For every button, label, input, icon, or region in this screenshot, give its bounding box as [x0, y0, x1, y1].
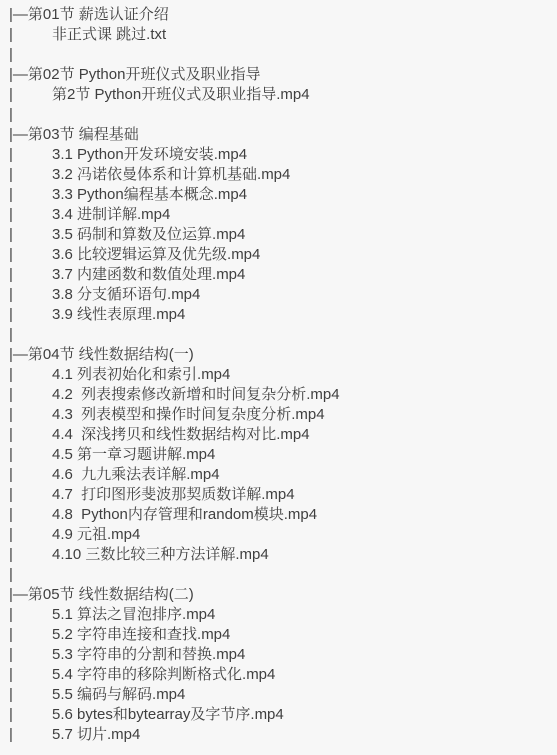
tree-section-line: |—第04节 线性数据结构(一) — [9, 345, 557, 365]
tree-file-line: |5.6 bytes和bytearray及字节序.mp4 — [9, 705, 557, 725]
file-name: 3.3 Python编程基本概念.mp4 — [52, 186, 247, 203]
vertical-bar-icon: | — [9, 165, 52, 185]
vertical-bar-icon: | — [9, 685, 52, 705]
file-name: 5.4 字符串的移除判断格式化.mp4 — [52, 666, 275, 683]
vertical-bar-icon: | — [9, 285, 52, 305]
tree-file-line: |4.7 打印图形斐波那契质数详解.mp4 — [9, 485, 557, 505]
vertical-bar-icon: | — [9, 185, 52, 205]
section-title: 第01节 薪选认证介绍 — [28, 6, 169, 23]
tree-file-line: |3.2 冯诺依曼体系和计算机基础.mp4 — [9, 165, 557, 185]
vertical-bar-icon: | — [9, 505, 52, 525]
tree-file-line: |5.2 字符串连接和查找.mp4 — [9, 625, 557, 645]
file-name: 3.9 线性表原理.mp4 — [52, 306, 185, 323]
file-name: 4.5 第一章习题讲解.mp4 — [52, 446, 215, 463]
vertical-bar-icon: | — [9, 245, 52, 265]
tree-file-line: |3.6 比较逻辑运算及优先级.mp4 — [9, 245, 557, 265]
vertical-bar-icon: | — [9, 105, 52, 125]
vertical-bar-icon: | — [9, 365, 52, 385]
file-name: 4.7 打印图形斐波那契质数详解.mp4 — [52, 486, 295, 503]
tree-file-line: |5.4 字符串的移除判断格式化.mp4 — [9, 665, 557, 685]
section-title: 第04节 线性数据结构(一) — [28, 346, 194, 363]
file-name: 5.5 编码与解码.mp4 — [52, 686, 185, 703]
tree-file-line: |4.1 列表初始化和索引.mp4 — [9, 365, 557, 385]
branch-icon: |— — [9, 125, 28, 145]
section-title: 第02节 Python开班仪式及职业指导 — [28, 66, 261, 83]
vertical-bar-icon: | — [9, 705, 52, 725]
file-name: 3.6 比较逻辑运算及优先级.mp4 — [52, 246, 260, 263]
file-name: 5.7 切片.mp4 — [52, 726, 140, 743]
tree-spacer-line: | — [9, 565, 557, 585]
tree-spacer-line: | — [9, 325, 557, 345]
vertical-bar-icon: | — [9, 465, 52, 485]
file-name: 4.10 三数比较三种方法详解.mp4 — [52, 546, 269, 563]
section-title: 第05节 线性数据结构(二) — [28, 586, 194, 603]
vertical-bar-icon: | — [9, 45, 52, 65]
tree-file-line: |3.9 线性表原理.mp4 — [9, 305, 557, 325]
vertical-bar-icon: | — [9, 625, 52, 645]
file-name: 4.8 Python内存管理和random模块.mp4 — [52, 506, 317, 523]
file-name: 4.4 深浅拷贝和线性数据结构对比.mp4 — [52, 426, 310, 443]
vertical-bar-icon: | — [9, 225, 52, 245]
tree-section-line: |—第03节 编程基础 — [9, 125, 557, 145]
branch-icon: |— — [9, 5, 28, 25]
vertical-bar-icon: | — [9, 485, 52, 505]
tree-spacer-line: | — [9, 105, 557, 125]
file-name: 3.5 码制和算数及位运算.mp4 — [52, 226, 245, 243]
vertical-bar-icon: | — [9, 25, 52, 45]
tree-file-line: |4.2 列表搜索修改新增和时间复杂分析.mp4 — [9, 385, 557, 405]
vertical-bar-icon: | — [9, 205, 52, 225]
file-name: 3.8 分支循环语句.mp4 — [52, 286, 200, 303]
file-name: 4.2 列表搜索修改新增和时间复杂分析.mp4 — [52, 386, 340, 403]
file-name: 4.6 九九乘法表详解.mp4 — [52, 466, 220, 483]
branch-icon: |— — [9, 585, 28, 605]
file-name: 5.3 字符串的分割和替换.mp4 — [52, 646, 245, 663]
vertical-bar-icon: | — [9, 445, 52, 465]
tree-file-line: |3.8 分支循环语句.mp4 — [9, 285, 557, 305]
tree-file-line: |3.7 内建函数和数值处理.mp4 — [9, 265, 557, 285]
tree-section-line: |—第02节 Python开班仪式及职业指导 — [9, 65, 557, 85]
tree-file-line: |5.7 切片.mp4 — [9, 725, 557, 745]
tree-file-line: |3.5 码制和算数及位运算.mp4 — [9, 225, 557, 245]
file-name: 3.1 Python开发环境安装.mp4 — [52, 146, 247, 163]
vertical-bar-icon: | — [9, 645, 52, 665]
tree-section-line: |—第05节 线性数据结构(二) — [9, 585, 557, 605]
branch-icon: |— — [9, 65, 28, 85]
tree-spacer-line: | — [9, 45, 557, 65]
vertical-bar-icon: | — [9, 425, 52, 445]
vertical-bar-icon: | — [9, 85, 52, 105]
tree-file-line: |3.4 进制详解.mp4 — [9, 205, 557, 225]
tree-file-line: |4.6 九九乘法表详解.mp4 — [9, 465, 557, 485]
course-file-tree: |—第01节 薪选认证介绍|非正式课 跳过.txt||—第02节 Python开… — [0, 0, 557, 745]
tree-file-line: |3.1 Python开发环境安装.mp4 — [9, 145, 557, 165]
vertical-bar-icon: | — [9, 545, 52, 565]
tree-file-line: |4.9 元祖.mp4 — [9, 525, 557, 545]
tree-section-line: |—第01节 薪选认证介绍 — [9, 5, 557, 25]
vertical-bar-icon: | — [9, 725, 52, 745]
tree-file-line: |第2节 Python开班仪式及职业指导.mp4 — [9, 85, 557, 105]
vertical-bar-icon: | — [9, 565, 52, 585]
file-name: 5.2 字符串连接和查找.mp4 — [52, 626, 230, 643]
vertical-bar-icon: | — [9, 665, 52, 685]
vertical-bar-icon: | — [9, 605, 52, 625]
section-title: 第03节 编程基础 — [28, 126, 139, 143]
tree-file-line: |4.4 深浅拷贝和线性数据结构对比.mp4 — [9, 425, 557, 445]
vertical-bar-icon: | — [9, 325, 52, 345]
vertical-bar-icon: | — [9, 525, 52, 545]
file-name: 3.2 冯诺依曼体系和计算机基础.mp4 — [52, 166, 290, 183]
file-name: 5.6 bytes和bytearray及字节序.mp4 — [52, 706, 284, 723]
tree-file-line: |5.5 编码与解码.mp4 — [9, 685, 557, 705]
tree-file-line: |4.5 第一章习题讲解.mp4 — [9, 445, 557, 465]
file-name: 4.1 列表初始化和索引.mp4 — [52, 366, 230, 383]
branch-icon: |— — [9, 345, 28, 365]
tree-file-line: |4.3 列表模型和操作时间复杂度分析.mp4 — [9, 405, 557, 425]
tree-file-line: |3.3 Python编程基本概念.mp4 — [9, 185, 557, 205]
file-name: 非正式课 跳过.txt — [52, 26, 166, 43]
file-name: 5.1 算法之冒泡排序.mp4 — [52, 606, 215, 623]
vertical-bar-icon: | — [9, 145, 52, 165]
file-name: 3.7 内建函数和数值处理.mp4 — [52, 266, 245, 283]
vertical-bar-icon: | — [9, 265, 52, 285]
vertical-bar-icon: | — [9, 305, 52, 325]
tree-file-line: |5.3 字符串的分割和替换.mp4 — [9, 645, 557, 665]
tree-file-line: |非正式课 跳过.txt — [9, 25, 557, 45]
file-name: 第2节 Python开班仪式及职业指导.mp4 — [52, 86, 310, 103]
file-name: 4.3 列表模型和操作时间复杂度分析.mp4 — [52, 406, 325, 423]
tree-file-line: |5.1 算法之冒泡排序.mp4 — [9, 605, 557, 625]
tree-file-line: |4.8 Python内存管理和random模块.mp4 — [9, 505, 557, 525]
vertical-bar-icon: | — [9, 385, 52, 405]
vertical-bar-icon: | — [9, 405, 52, 425]
file-name: 3.4 进制详解.mp4 — [52, 206, 170, 223]
tree-file-line: |4.10 三数比较三种方法详解.mp4 — [9, 545, 557, 565]
file-name: 4.9 元祖.mp4 — [52, 526, 140, 543]
